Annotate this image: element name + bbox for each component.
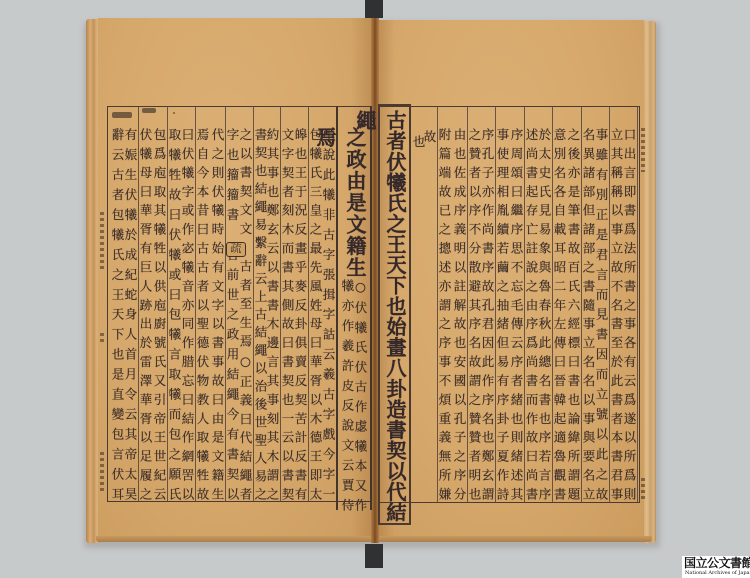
commentary-column: 皞也王于況反畫乎麥反卦俱賣反契苦計反書有 文字契者刻木而書其側故曰書契也一云以書…: [280, 128, 308, 500]
commentary-line-left: 辭云古者包犧氏之王天下也是直變包言伏耳: [111, 128, 124, 500]
commentary-line-right: ○伏犧氏伏古作虙犧本又作: [354, 279, 367, 511]
commentary-line-left: 附篇端故已之摠述亦謂之序事不煩重義無所嫌: [438, 128, 451, 500]
commentary-column: 中說此犧非古字張揖字詁云羲古字戲今字一 包犧氏三皇之最先風姓母曰華胥以木德王即太: [308, 128, 336, 500]
commentary-line-left: 焉自今本昔曰古古者以聖德伏物教人取犧牲故: [196, 128, 209, 500]
commentary-line-left: 取犧牲故曰伏犧或曰包犧言取犧而包之願氏: [168, 128, 181, 500]
left-margin-note-marks: [100, 212, 104, 272]
right-margin-note-marks: [641, 128, 645, 172]
commentary-line-left: 字也籀籀書 言前世之政用結繩今有書契以: [226, 128, 239, 500]
main-text-column: 之政由是文籍生焉: [339, 127, 370, 277]
commentary-line-left: 意別名各自載耳昭二年左傳曰晉韓起適魯觀書: [553, 128, 566, 500]
commentary-line-right: 之以書契文文 古者至生焉○正義曰代結繩者: [239, 128, 252, 500]
commentary-line-right: 包爲庖取其犧牲以供庖廚號氏又引帝王世紀云: [153, 128, 166, 500]
commentary-line-right: 中說此犧非古字張揖字詁云羲古字戲今字一: [322, 128, 335, 500]
commentary-line-right: 口出言即書爲法所書之事各有云爲遂以所爲則: [623, 128, 636, 500]
commentary-line-left: 犧亦作羲許皮反說文云賈侍: [341, 279, 354, 511]
commentary-line-right: 序孔子亦作尚書序故孔君因此作序名也鄭玄謂: [481, 128, 494, 500]
commentary-column: 包爲庖取其犧牲以供庖廚號氏又引帝王世紀云 伏犧母曰華胥有巨人跡出於雷澤華胥以足履…: [138, 128, 167, 500]
commentary-line-right: 有娠生伏犧於成紀蛇身人首月令云其帝太昊: [124, 128, 137, 500]
logo-english-text: National Archives of Japan: [685, 571, 750, 576]
commentary-column: 口出言即書爲法所書之事各有云爲遂以所爲則 立其稱稱以事立故不名書至於此書者本書君…: [609, 128, 637, 500]
shu-commentary-label: 疏: [226, 242, 246, 257]
main-text-column: 古者伏犧氏之王天下也始畫八卦造書契以代結繩: [380, 110, 410, 522]
commentary-column: 曰伏犧字或作宓犧音亦同作腊忘曰結作網罟以 取犧牲故曰伏犧或曰包犧言取犧而包之願氏: [167, 128, 195, 500]
commentary-line-left: 事使理相胤續若繭之抽緒但易有序卦子夏作詩: [496, 128, 509, 500]
commentary-line-right: 事雖有別正是君言而見書因而立號以此之故: [595, 128, 608, 500]
main-column-rule: [370, 106, 372, 510]
commentary-column: 故 也: [411, 128, 437, 500]
left-margin-note-marks: [100, 333, 104, 343]
commentary-column: 序孔子亦作尚書序故孔君因此作序名也鄭玄謂 之贊者以序不分散避其序名故謂之贊贊者明…: [467, 128, 495, 500]
commentary-line-right: 之後亦是筆書故百氏六經標曰書也論緯所謂題: [567, 128, 580, 500]
commentary-column: 代之則伏犧時始有文字以書事故曰由是文籍生 焉自今本昔曰古古者以聖德伏物教人取犧牲…: [195, 128, 225, 500]
spine-bottom-binding: [365, 544, 383, 568]
commentary-line-left: 包犧氏三皇之最先風姓母曰華胥以木德王即太: [309, 128, 322, 500]
commentary-column: 之以書契文文 古者至生焉○正義曰代結繩者 字也籀籀書 言前世之政用結繩今有書契以: [225, 128, 253, 500]
commentary-line-right: 曰伏犧字或作宓犧音亦同作腊忘曰結作網罟以: [181, 128, 194, 500]
commentary-line-left: 立其稱稱以事立故不名書至於此書者本書君事: [610, 128, 623, 500]
commentary-column: 事雖有別正是君言而見書因而立號以此之故 名異諸部但諸部之書隨事立名名以事與要名立: [581, 128, 609, 500]
main-text-notes: ○伏犧氏伏古作虙犧本又作 犧亦作羲許皮反說文云賈侍: [338, 279, 370, 511]
commentary-line-right: 於太史氏見易象與魯春秋此總名書也序若言序: [538, 128, 551, 500]
commentary-line-right: 序周頌曰繼序思不忘毛傳云序者緒也則緒述其: [510, 128, 523, 500]
right-page-stack-edge: [642, 21, 656, 543]
national-archives-logo: 国立公文書館 National Archives of Japan: [682, 556, 750, 578]
commentary-line-left: 之贊者以序不分散避其序名故謂之贊贊者明也: [468, 128, 481, 500]
commentary-line-right: 皞也王于況反畫乎麥反卦俱賣反契苦計反書有: [294, 128, 307, 500]
commentary-column: 由也佐成序義明以註解故也安國以孔子之序分 附篇端故已之摠述亦謂之序事不煩重義無所…: [437, 128, 467, 500]
commentary-line-left: 述尚書起存亡註說之由序爲尚書而作故曰尚書: [525, 128, 538, 500]
commentary-column: 序周頌曰繼序思不忘毛傳云序者緒也則緒述其 事使理相胤續若繭之抽緒但易有序卦子夏作…: [495, 128, 524, 500]
logo-japanese-text: 国立公文書館: [684, 557, 748, 570]
right-margin-note-marks: [641, 478, 645, 500]
commentary-column: 有娠生伏犧於成紀蛇身人首月令云其帝太昊 辭云古者包犧氏之王天下也是直變包言伏耳: [110, 128, 138, 500]
left-margin-note-marks: [100, 452, 104, 494]
commentary-line-right: 代之則伏犧時始有文字以書事故曰由是文籍生: [211, 128, 224, 500]
commentary-line-left: 書契也結繩易繫辭云上古結繩以治後世聖人易之: [254, 128, 267, 500]
commentary-column: 約其事也鄭玄云以書書木邊言其事刻其木謂之 書契也結繩易繫辭云上古結繩以治後世聖人…: [253, 128, 280, 500]
commentary-line-left: 文字契者刻木而書其側故曰書契也一云以書契: [281, 128, 294, 500]
spine-top-binding: [365, 0, 383, 18]
commentary-line-left: 也: [412, 135, 425, 148]
commentary-column: 之後亦是筆書故百氏六經標曰書也論緯所謂題 意別名各自載耳昭二年左傳曰晉韓起適魯觀…: [552, 128, 581, 500]
commentary-column: 於太史氏見易象與魯春秋此總名書也序若言序 述尚書起存亡註說之由序爲尚書而作故曰尚…: [524, 128, 552, 500]
commentary-line-left: 伏犧母曰華胥有巨人跡出於雷澤華胥以足履之: [139, 128, 152, 500]
column-rule: [637, 106, 638, 503]
commentary-line-right: 由也佐成序義明以註解故也安國以孔子之序分: [453, 128, 466, 500]
commentary-line-left: 名異諸部但諸部之書隨事立名名以事與要名立: [582, 128, 595, 500]
